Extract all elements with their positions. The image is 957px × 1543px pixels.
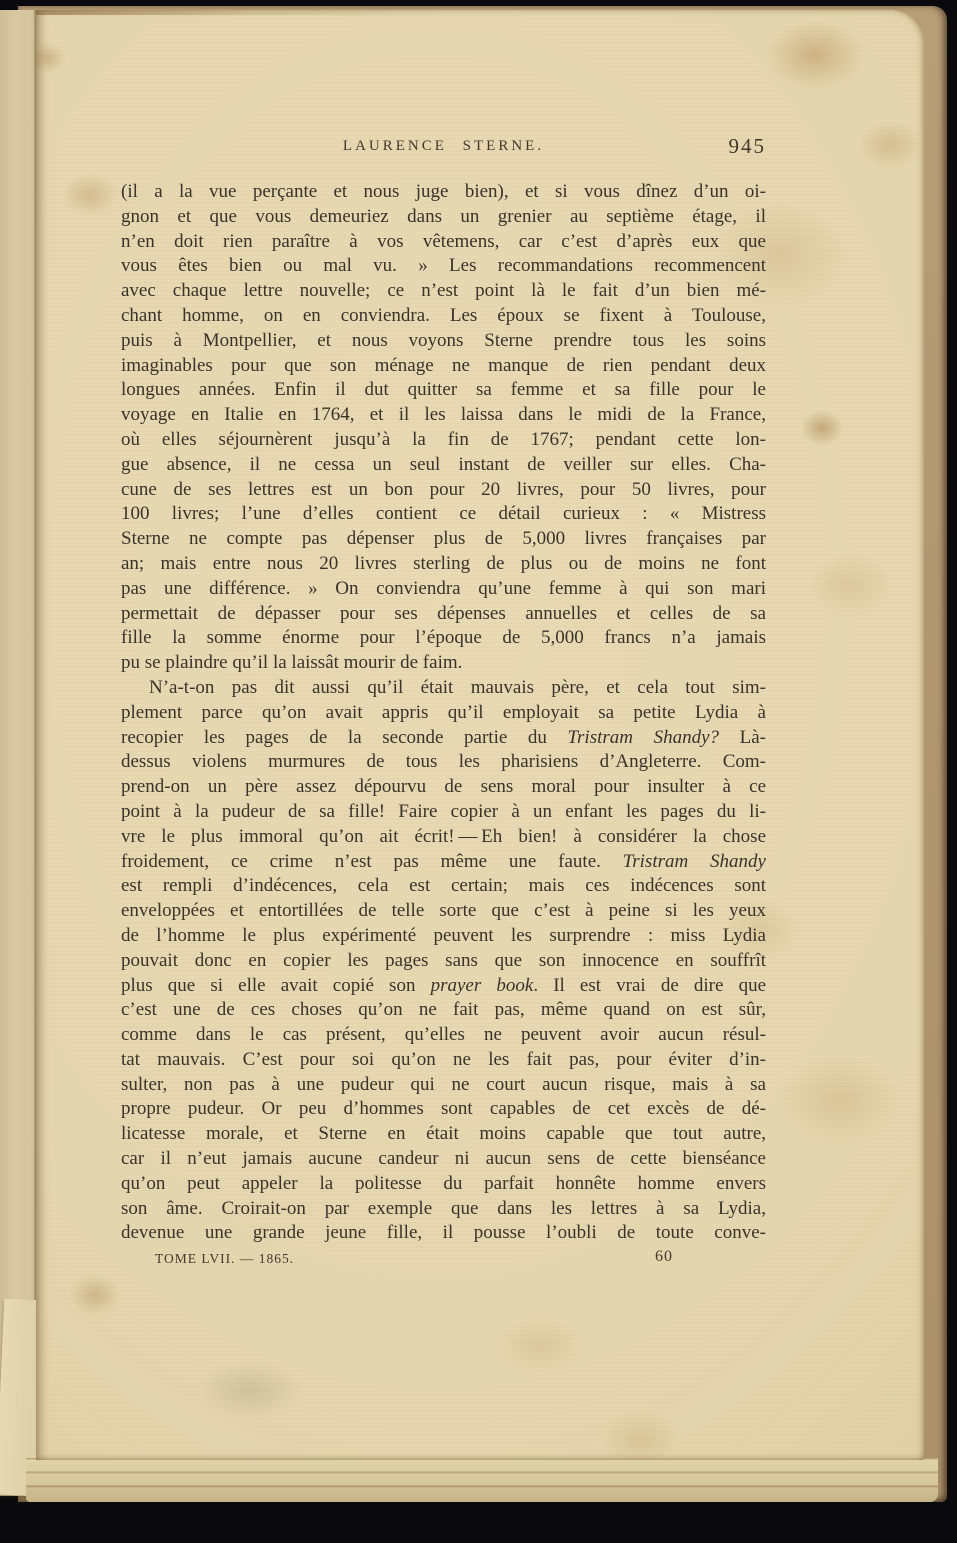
body-line: froidement, ce crime n’est pas même une … bbox=[121, 850, 766, 875]
body-line: vous êtes bien ou mal vu. » Les recomman… bbox=[121, 254, 766, 279]
body-line: chant homme, on en conviendra. Les époux… bbox=[121, 304, 766, 329]
body-line: licatesse morale, et Sterne en était moi… bbox=[121, 1122, 766, 1147]
body-line: c’est une de ces choses qu’on ne fait pa… bbox=[121, 998, 766, 1023]
body-line: qu’on peut appeler la politesse du parfa… bbox=[121, 1172, 766, 1197]
book-scan: LAURENCE STERNE. 945 (il a la vue perçan… bbox=[0, 0, 957, 1543]
header-title: LAURENCE STERNE. bbox=[343, 138, 544, 155]
body-line: fille la somme énorme pour l’époque de 5… bbox=[121, 626, 766, 651]
body-line: an; mais entre nous 20 livres sterling d… bbox=[121, 552, 766, 577]
body-line: puis à Montpellier, et nous voyons Stern… bbox=[121, 329, 766, 354]
body-line: avec chaque lettre nouvelle; ce n’est po… bbox=[121, 279, 766, 304]
body-line: pu se plaindre qu’il la laissât mourir d… bbox=[121, 651, 766, 676]
body-line: est rempli d’indécences, cela est certai… bbox=[121, 874, 766, 899]
body-line: recopier les pages de la seconde partie … bbox=[121, 726, 766, 751]
body-line: permettait de dépasser pour ses dépenses… bbox=[121, 602, 766, 627]
body-line: gnon et que vous demeuriez dans un greni… bbox=[121, 205, 766, 230]
body-line: dessus violens murmures de tous les phar… bbox=[121, 750, 766, 775]
page-top-edge bbox=[36, 10, 569, 15]
body-line: plus que si elle avait copié son prayer … bbox=[121, 974, 766, 999]
body-line: pas une différence. » On conviendra qu’u… bbox=[121, 577, 766, 602]
header-page-number: 945 bbox=[729, 134, 767, 159]
body-line: comme dans le cas présent, qu’elles ne p… bbox=[121, 1023, 766, 1048]
page-stack-edges bbox=[26, 1458, 938, 1502]
page-footer: TOME LVII. — 1865. 60 bbox=[121, 1248, 766, 1272]
body-line: sulter, non pas à une pudeur qui ne cour… bbox=[121, 1073, 766, 1098]
body-line: prend-on un père assez dépourvu de sens … bbox=[121, 775, 766, 800]
footer-volume: TOME LVII. — 1865. bbox=[155, 1251, 294, 1267]
body-line: plement parce qu’on avait appris qu’il e… bbox=[121, 701, 766, 726]
body-line: propre pudeur. Or peu d’hommes sont capa… bbox=[121, 1097, 766, 1122]
body-line: vre le plus immoral qu’on ait écrit! — E… bbox=[121, 825, 766, 850]
body-line: n’en doit rien paraître à vos vêtemens, … bbox=[121, 230, 766, 255]
body-line: de l’homme le plus expérimenté peuvent l… bbox=[121, 924, 766, 949]
body-line: 100 livres; l’une d’elles contient ce dé… bbox=[121, 502, 766, 527]
body-line: devenue une grande jeune fille, il pouss… bbox=[121, 1221, 766, 1246]
body-line: tat mauvais. C’est pour soi qu’on ne les… bbox=[121, 1048, 766, 1073]
body-line: N’a-t-on pas dit aussi qu’il était mauva… bbox=[121, 676, 766, 701]
main-page: LAURENCE STERNE. 945 (il a la vue perçan… bbox=[36, 10, 924, 1460]
footer-signature: 60 bbox=[655, 1248, 673, 1266]
body-line: Sterne ne compte pas dépenser plus de 5,… bbox=[121, 527, 766, 552]
body-line: enveloppées et entortillées de telle sor… bbox=[121, 899, 766, 924]
body-line: gue absence, il ne cessa un seul instant… bbox=[121, 453, 766, 478]
body-line: longues années. Enfin il dut quitter sa … bbox=[121, 378, 766, 403]
body-line: imaginables pour que son ménage ne manqu… bbox=[121, 354, 766, 379]
body-line: pouvait donc en copier les pages sans qu… bbox=[121, 949, 766, 974]
previous-page-edge bbox=[0, 10, 36, 1496]
body-line: voyage en Italie en 1764, et il les lais… bbox=[121, 403, 766, 428]
body-line: car il n’eut jamais aucune candeur ni au… bbox=[121, 1147, 766, 1172]
body-line: cune de ses lettres est un bon pour 20 l… bbox=[121, 478, 766, 503]
text-body: (il a la vue perçante et nous juge bien)… bbox=[121, 180, 766, 1246]
page-header: LAURENCE STERNE. 945 bbox=[121, 134, 766, 160]
body-line: (il a la vue perçante et nous juge bien)… bbox=[121, 180, 766, 205]
body-line: son âme. Croirait-on par exemple que dan… bbox=[121, 1197, 766, 1222]
body-line: où elles séjournèrent jusqu’à la fin de … bbox=[121, 428, 766, 453]
body-line: point à la pudeur de sa fille! Faire cop… bbox=[121, 800, 766, 825]
